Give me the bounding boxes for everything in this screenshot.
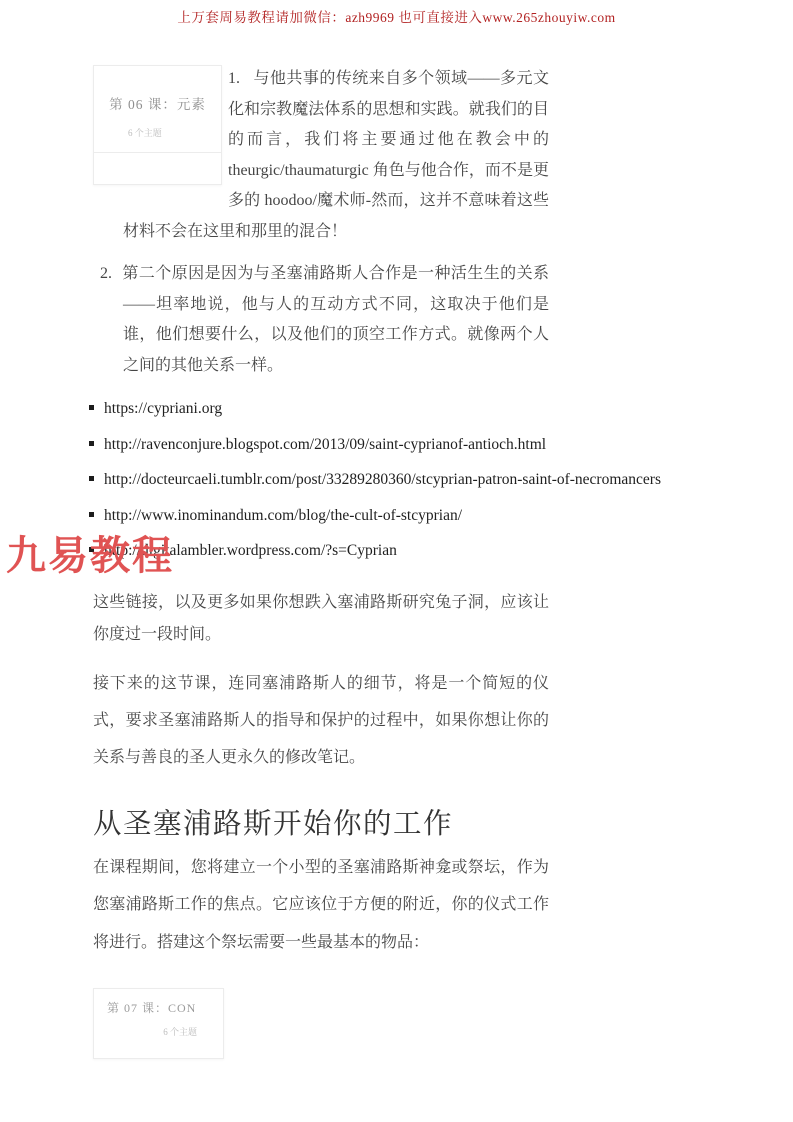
- lesson-card-title: 第 06 课：元素: [94, 93, 221, 113]
- link-url[interactable]: https://cypriani.org: [104, 400, 222, 417]
- paragraph-altar: 在课程期间，您将建立一个小型的圣塞浦路斯神龛或祭坛，作为您塞浦路斯工作的焦点。它…: [93, 849, 549, 962]
- bullet-square-icon: [89, 512, 94, 517]
- section-heading: 从圣塞浦路斯开始你的工作: [93, 801, 549, 842]
- item-number: 1.: [228, 70, 240, 87]
- link-list-item: https://cypriani.org: [89, 400, 549, 436]
- lesson-card-topic-count: 6 个主题: [94, 126, 221, 139]
- card-divider: [94, 152, 221, 153]
- link-list-item: http://ravenconjure.blogspot.com/2013/09…: [89, 436, 549, 472]
- paragraph-links-note: 这些链接，以及更多如果你想跌入塞浦路斯研究兔子洞，应该让你度过一段时间。: [93, 587, 549, 652]
- lesson-card-06[interactable]: 第 06 课：元素 6 个主题: [93, 65, 222, 185]
- lesson-card-topic-count: 6 个主题: [94, 1016, 223, 1038]
- item-text: 第二个原因是因为与圣塞浦路斯人合作是一种活生生的关系——坦率地说，他与人的互动方…: [122, 265, 549, 374]
- lesson-card-title: 第 07 课：CON: [94, 989, 223, 1016]
- paragraph-next-lesson: 接下来的这节课，连同塞浦路斯人的细节，将是一个简短的仪式，要求圣塞浦路斯人的指导…: [93, 665, 549, 776]
- bullet-square-icon: [89, 476, 94, 481]
- watermark-text: 九易教程: [6, 536, 174, 576]
- item-number: 2.: [100, 265, 112, 282]
- numbered-item-2: 2.第二个原因是因为与圣塞浦路斯人合作是一种活生生的关系——坦率地说，他与人的互…: [93, 259, 549, 381]
- link-url[interactable]: http://ravenconjure.blogspot.com/2013/09…: [104, 436, 546, 453]
- header-notice: 上万套周易教程请加微信：azh9969 也可直接进入www.265zhouyiw…: [0, 6, 793, 26]
- bullet-square-icon: [89, 441, 94, 446]
- link-list-item: http://docteurcaeli.tumblr.com/post/3328…: [89, 471, 549, 507]
- link-url[interactable]: http://www.inominandum.com/blog/the-cult…: [104, 507, 462, 524]
- link-url[interactable]: http://docteurcaeli.tumblr.com/post/3328…: [104, 471, 661, 488]
- lesson-card-07[interactable]: 第 07 课：CON 6 个主题: [93, 988, 224, 1059]
- bullet-square-icon: [89, 405, 94, 410]
